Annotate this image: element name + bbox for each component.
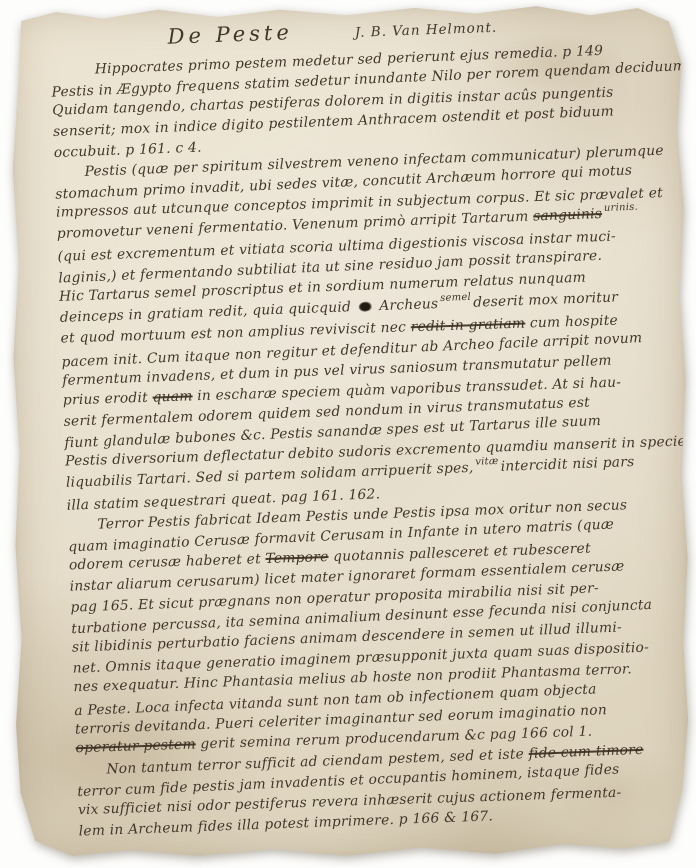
struck-text: redit in gratiam [411,316,526,336]
struck-text: sanguinis [533,206,602,225]
photo-background: De Peste J. B. Van Helmont. Hippocrates … [0,0,696,868]
ink-blot [359,302,372,312]
struck-text: operatur pestem [75,737,196,757]
manuscript-paragraph: Pestis (quæ per spiritum silvestrem vene… [54,141,679,516]
struck-text: Tempore [265,549,329,567]
struck-text: quam [152,388,193,405]
author-name: J. B. Van Helmont. [355,20,498,41]
text-segment: Archeus [374,296,438,314]
page-title: De Peste [167,20,293,49]
manuscript-text: De Peste J. B. Van Helmont. Hippocrates … [49,3,691,842]
manuscript-body: Hippocrates primo pestem medetur sed per… [50,39,690,842]
text-segment: odorem cerusæ haberet et [69,551,266,573]
inserted-word: urinis. [604,202,639,214]
text-segment: deserit mox moritur [473,289,618,310]
paper-shadow-wrap: De Peste J. B. Van Helmont. Hippocrates … [12,5,688,859]
inserted-word: semel [440,292,471,304]
manuscript-paragraph: Terror Pestis fabricat Ideam Pestis unde… [67,493,688,760]
inserted-word: vitæ [475,456,499,468]
text-segment: prius erodit [63,389,153,408]
text-segment: intercidit nisi pars [500,454,634,475]
manuscript-page: De Peste J. B. Van Helmont. Hippocrates … [9,3,691,862]
